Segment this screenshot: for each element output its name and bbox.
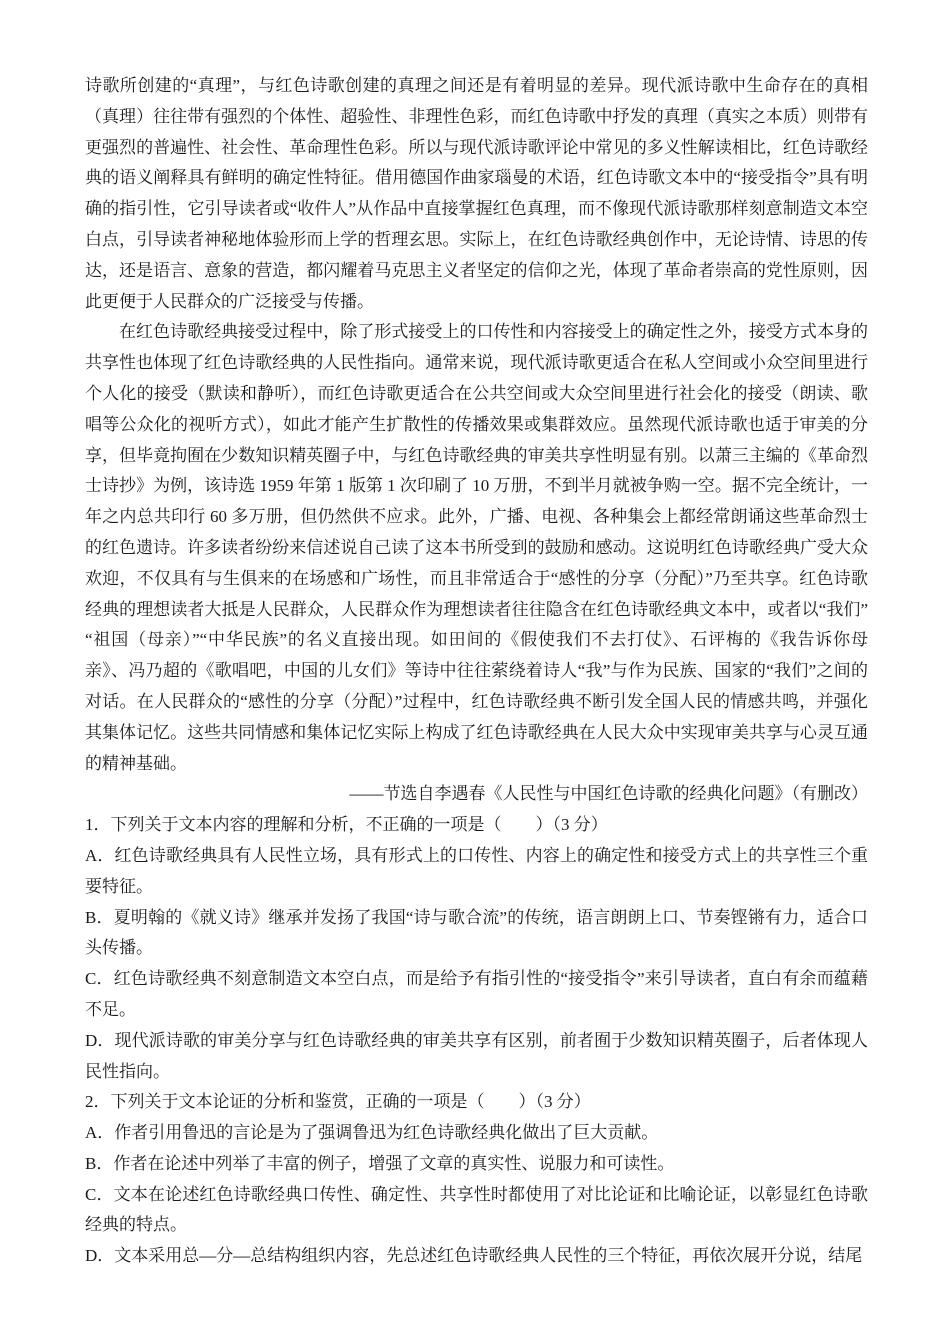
question-2-option-c: C．文本在论述红色诗歌经典口传性、确定性、共享性时都使用了对比论证和比喻论证，以… [85,1180,868,1242]
question-section: 1．下列关于文本内容的理解和分析，不正确的一项是（ ）（3 分） A．红色诗歌经… [85,810,868,1272]
question-1-option-d: D．现代派诗歌的审美分享与红色诗歌经典的审美共享有区别，前者囿于少数知识精英圈子… [85,1026,868,1088]
question-2-option-a: A．作者引用鲁迅的言论是为了强调鲁迅为红色诗歌经典化做出了巨大贡献。 [85,1118,868,1149]
question-2-option-b: B．作者在论述中列举了丰富的例子，增强了文章的真实性、说服力和可读性。 [85,1149,868,1180]
question-1-stem: 1．下列关于文本内容的理解和分析，不正确的一项是（ ）（3 分） [85,810,868,841]
passage-paragraph-2: 在红色诗歌经典接受过程中，除了形式接受上的口传性和内容接受上的确定性之外，接受方… [85,317,868,779]
question-2: 2．下列关于文本论证的分析和鉴赏，正确的一项是（ ）（3 分） A．作者引用鲁迅… [85,1087,868,1272]
passage-attribution: ——节选自李遇春《人民性与中国红色诗歌的经典化问题》（有删改） [85,779,868,810]
reading-passage: 诗歌所创建的“真理”，与红色诗歌创建的真理之间还是有着明显的差异。现代派诗歌中生… [85,71,868,810]
exam-page: 诗歌所创建的“真理”，与红色诗歌创建的真理之间还是有着明显的差异。现代派诗歌中生… [0,0,950,1344]
question-2-stem: 2．下列关于文本论证的分析和鉴赏，正确的一项是（ ）（3 分） [85,1087,868,1118]
passage-paragraph-1: 诗歌所创建的“真理”，与红色诗歌创建的真理之间还是有着明显的差异。现代派诗歌中生… [85,71,868,317]
question-1-option-a: A．红色诗歌经典具有人民性立场，具有形式上的口传性、内容上的确定性和接受方式上的… [85,841,868,903]
question-2-option-d: D．文本采用总—分—总结构组织内容，先总述红色诗歌经典人民性的三个特征，再依次展… [85,1241,868,1272]
question-1-option-b: B．夏明翰的《就义诗》继承并发扬了我国“诗与歌合流”的传统，语言朗朗上口、节奏铿… [85,903,868,965]
question-1-option-c: C．红色诗歌经典不刻意制造文本空白点，而是给予有指引性的“接受指令”来引导读者，… [85,964,868,1026]
question-1: 1．下列关于文本内容的理解和分析，不正确的一项是（ ）（3 分） A．红色诗歌经… [85,810,868,1087]
